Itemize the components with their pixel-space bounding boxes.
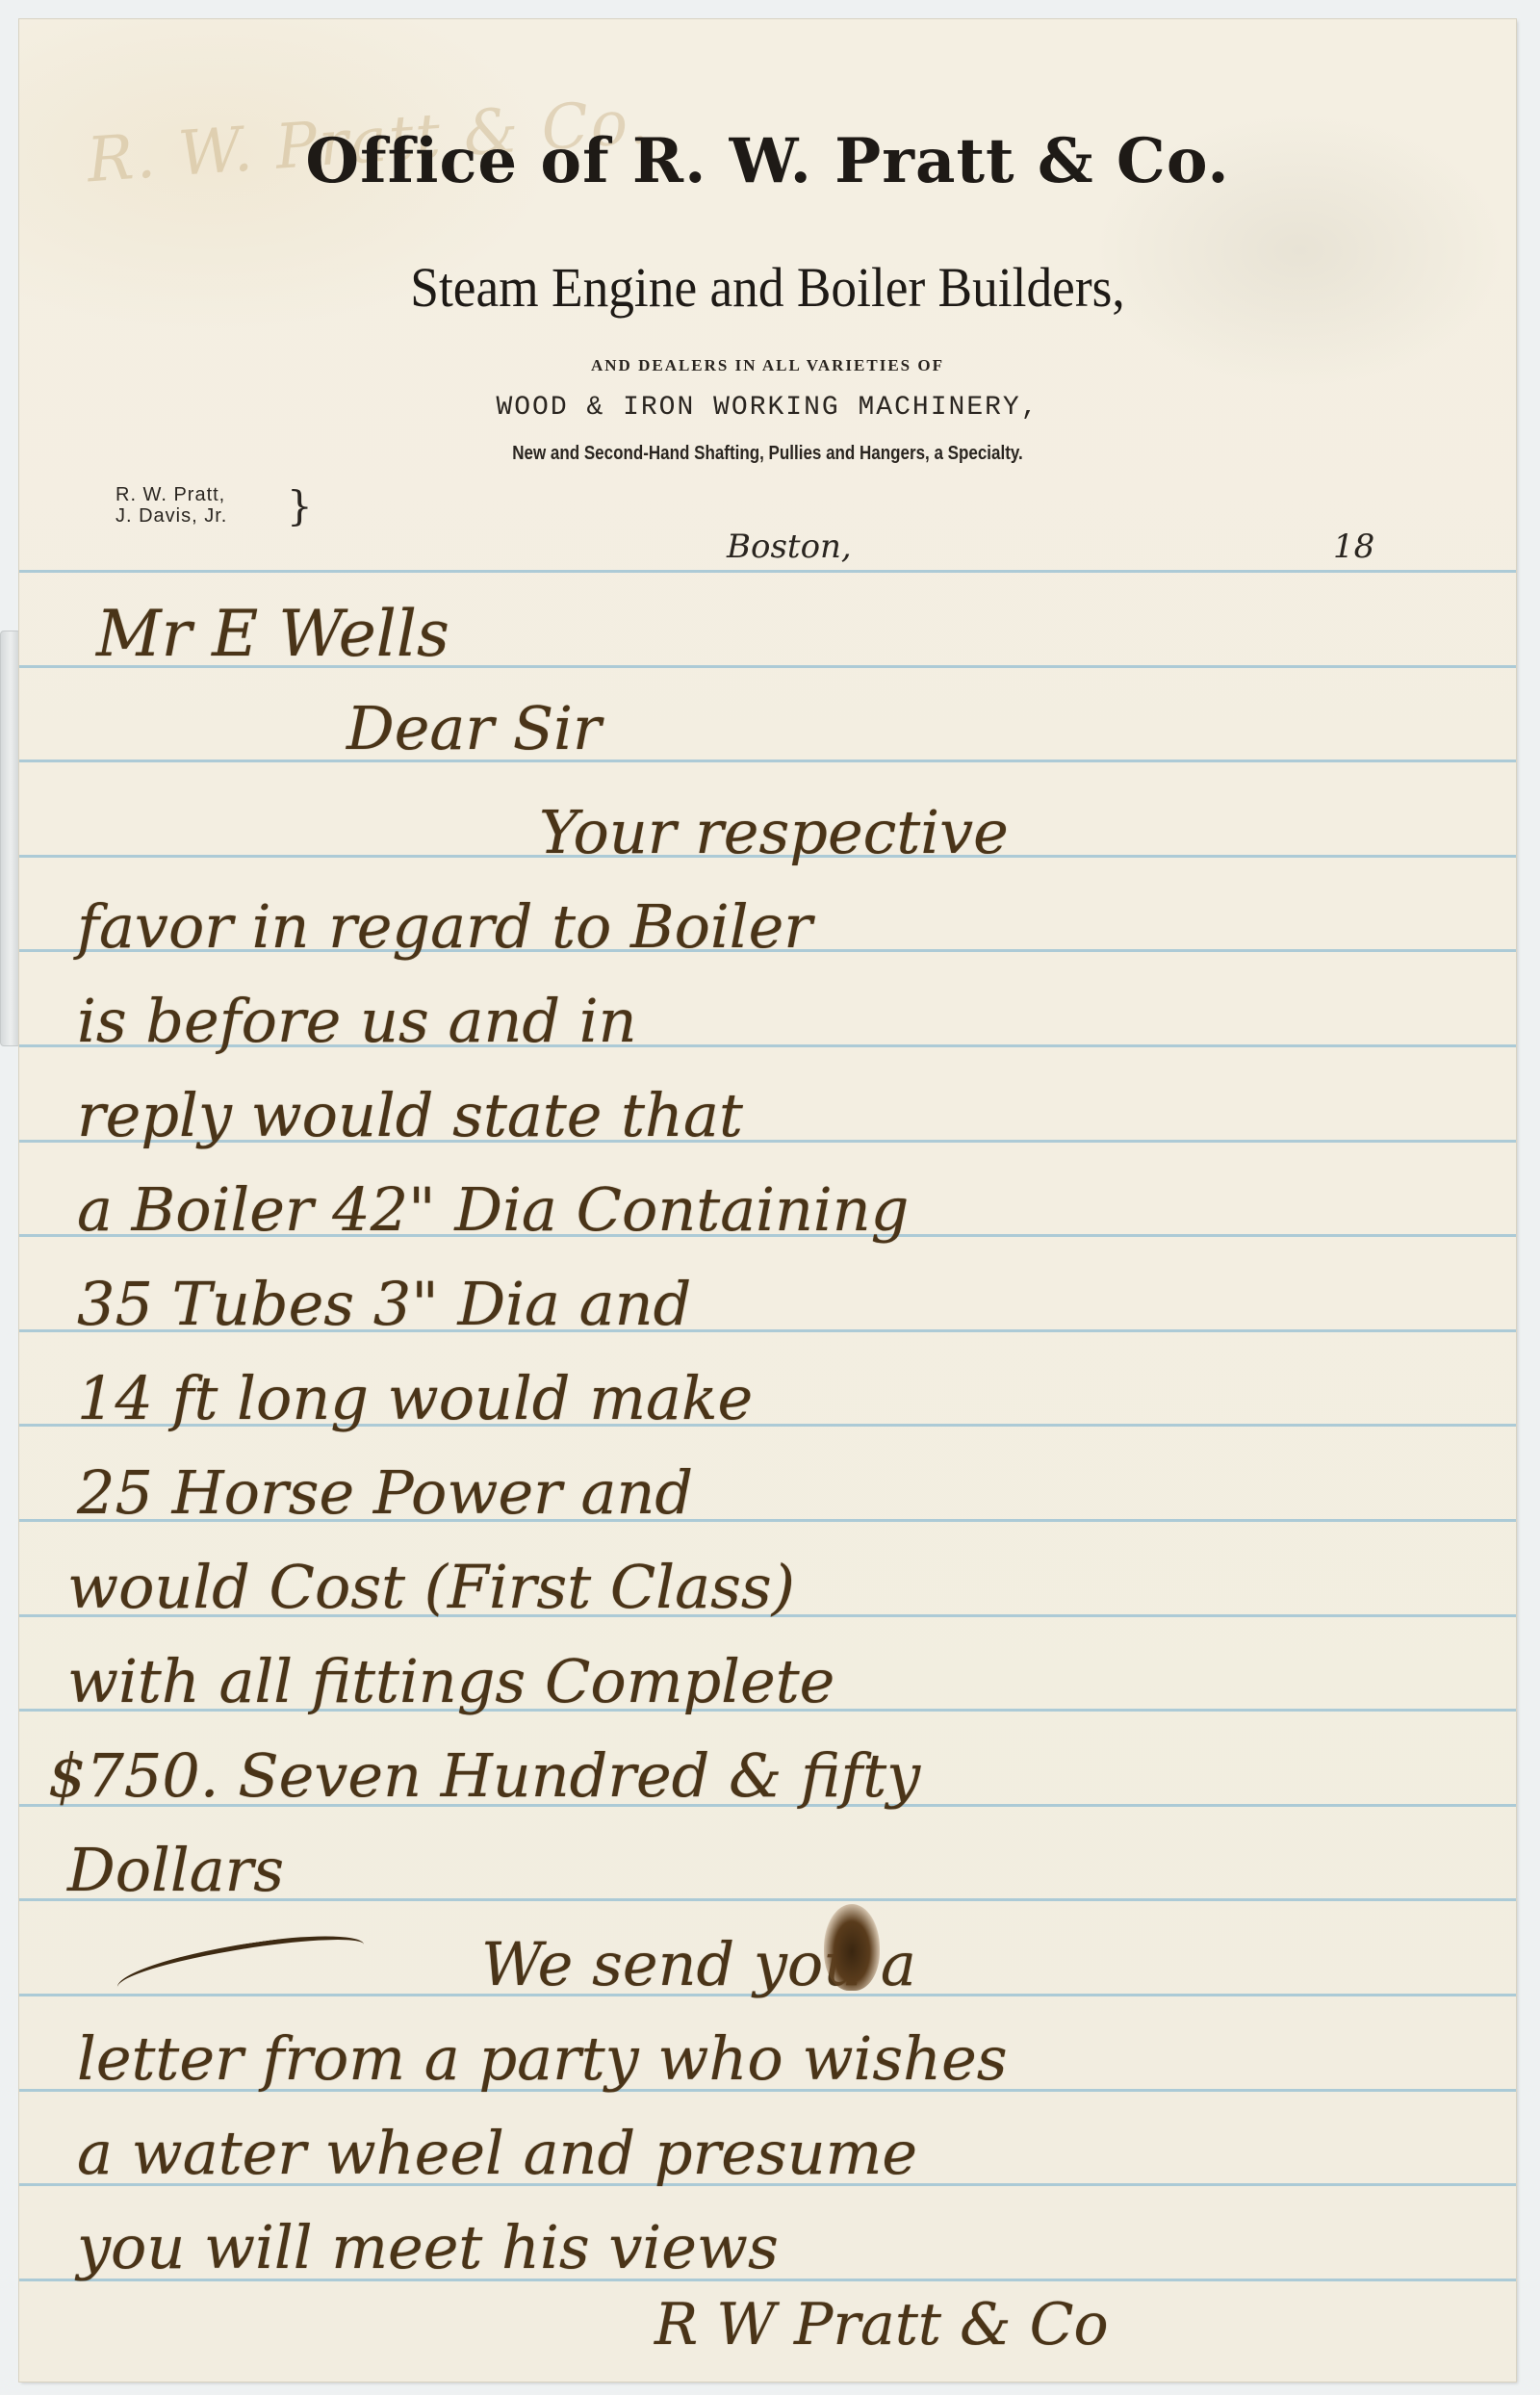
brace-ornament: } — [287, 485, 313, 528]
letterhead-subtitle: Steam Engine and Boiler Builders, — [79, 255, 1456, 320]
ruled-line — [19, 760, 1516, 762]
partners-list: R. W. Pratt, J. Davis, Jr. — [115, 484, 227, 527]
signature: R W Pratt & Co — [654, 2291, 1109, 2358]
letter-line: is before us and in — [77, 986, 637, 1056]
greeting: Dear Sir — [346, 693, 602, 763]
letter-line: letter from a party who wishes — [77, 2023, 1008, 2094]
letter-line: would Cost (First Class) — [67, 1552, 795, 1622]
letter-line: with all fittings Complete — [67, 1646, 834, 1716]
letter-line: a water wheel and presume — [77, 2118, 917, 2188]
letter-line: Your respective — [539, 797, 1009, 867]
salutation-name: Mr E Wells — [96, 597, 449, 671]
letter-line: Dollars — [67, 1835, 284, 1905]
letter-line: 14 ft long would make — [77, 1363, 753, 1433]
ink-blot — [824, 1904, 880, 1991]
letterhead-specialty-line: New and Second-Hand Shafting, Pullies an… — [132, 443, 1404, 465]
letter-line: $750. Seven Hundred & fifty — [48, 1740, 920, 1811]
letterhead-title: Office of R. W. Pratt & Co. — [19, 125, 1516, 197]
letter-line: 25 Horse Power and — [77, 1457, 693, 1528]
letter-line: you will meet his views — [77, 2212, 779, 2282]
letter-line: favor in regard to Boiler — [77, 891, 812, 962]
letter-line: a Boiler 42" Dia Containing — [77, 1174, 909, 1245]
letter-line: 35 Tubes 3" Dia and — [77, 1269, 691, 1339]
place-label: Boston, — [727, 528, 852, 566]
letterhead-dealers-line: AND DEALERS IN ALL VARIETIES OF — [19, 356, 1516, 375]
partner-name: J. Davis, Jr. — [115, 505, 227, 527]
paper-clip — [0, 631, 21, 1046]
letter-sheet: R. W. Pratt & Co. Office of R. W. Pratt … — [19, 19, 1516, 2382]
year-prefix: 18 — [1333, 528, 1374, 566]
letter-line: reply would state that — [77, 1080, 743, 1150]
ruled-line — [19, 570, 1516, 573]
letterhead-machinery-line: WOOD & IRON WORKING MACHINERY, — [19, 393, 1516, 423]
partner-name: R. W. Pratt, — [115, 484, 227, 505]
